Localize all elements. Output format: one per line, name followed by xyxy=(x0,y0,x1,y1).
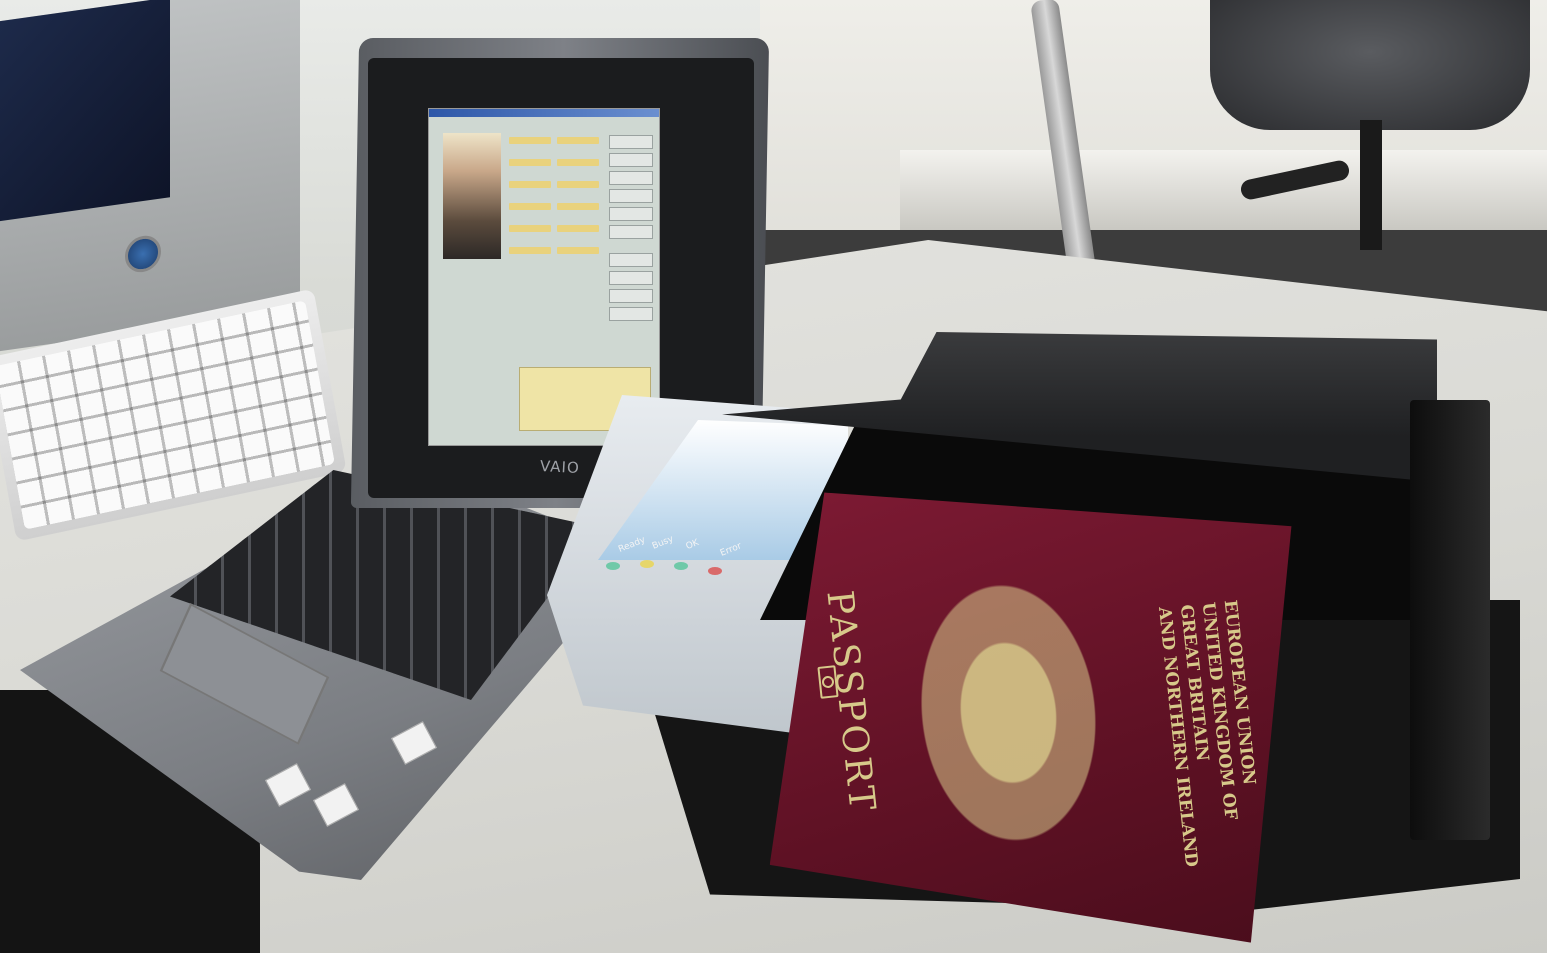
app-button[interactable] xyxy=(609,135,653,149)
form-field[interactable] xyxy=(509,137,551,144)
form-field[interactable] xyxy=(509,225,551,232)
monitor-screen xyxy=(0,0,170,221)
status-led-error xyxy=(708,567,722,575)
form-field[interactable] xyxy=(509,181,551,188)
scanner-side xyxy=(1410,400,1490,840)
form-field[interactable] xyxy=(509,203,551,210)
form-field[interactable] xyxy=(557,159,599,166)
app-button[interactable] xyxy=(609,289,653,303)
app-button[interactable] xyxy=(609,153,653,167)
status-led-ok xyxy=(674,562,688,570)
app-button[interactable] xyxy=(609,307,653,321)
chair-lever xyxy=(1239,159,1351,201)
form-field[interactable] xyxy=(557,225,599,232)
chair-seat xyxy=(1210,0,1530,130)
app-button[interactable] xyxy=(609,253,653,267)
power-button-icon[interactable] xyxy=(125,233,161,274)
form-field[interactable] xyxy=(509,159,551,166)
app-titlebar xyxy=(429,109,659,117)
chair-post xyxy=(1360,120,1382,250)
status-led-ready xyxy=(606,562,620,570)
form-field[interactable] xyxy=(557,137,599,144)
desktop-monitor xyxy=(0,0,300,351)
office-chair xyxy=(1150,0,1547,270)
app-button[interactable] xyxy=(609,189,653,203)
passport-holder-photo xyxy=(443,133,501,259)
form-field[interactable] xyxy=(557,247,599,254)
form-field[interactable] xyxy=(557,203,599,210)
app-button[interactable] xyxy=(609,171,653,185)
status-led-busy xyxy=(640,560,654,568)
laptop-brand-logo: VAIO xyxy=(540,457,581,477)
form-field[interactable] xyxy=(557,181,599,188)
form-field[interactable] xyxy=(509,247,551,254)
app-button[interactable] xyxy=(609,225,653,239)
app-button[interactable] xyxy=(609,271,653,285)
app-button[interactable] xyxy=(609,207,653,221)
